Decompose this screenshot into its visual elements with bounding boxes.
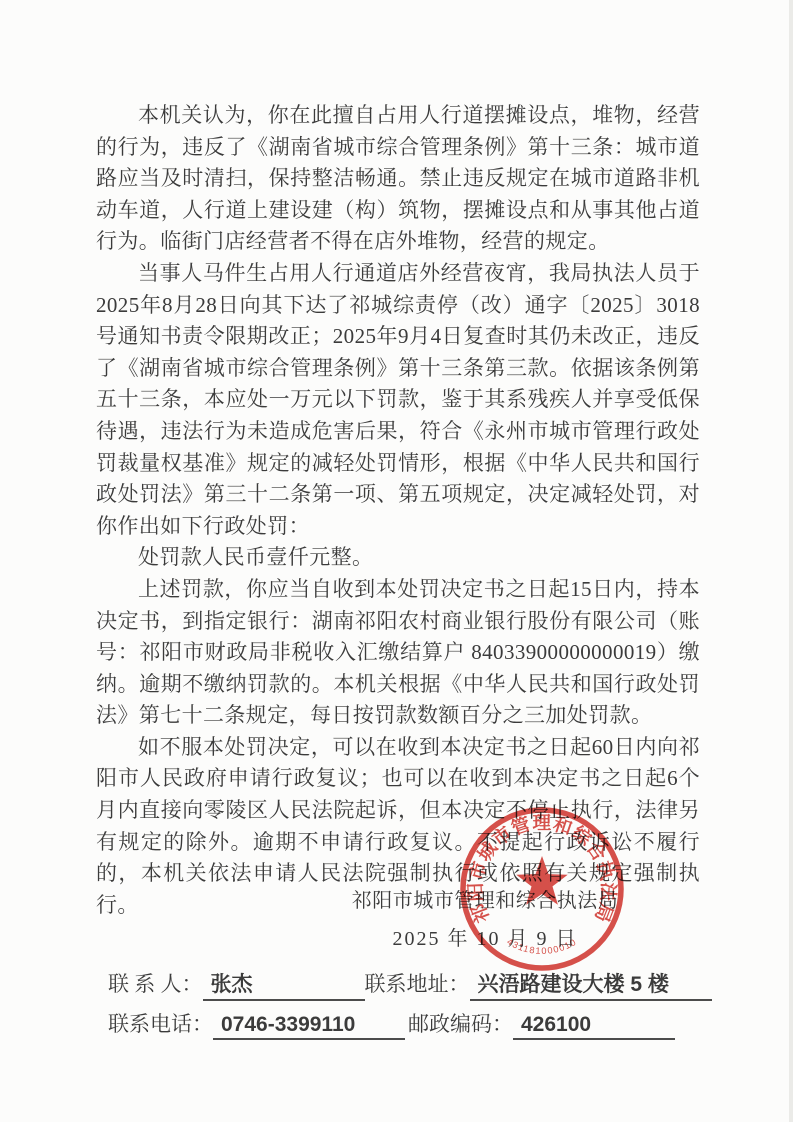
contact-phone-field: 联系电话： 0746-3399110 <box>108 1008 408 1040</box>
scanned-document-page: 本机关认为，你在此擅自占用人行道摆摊设点，堆物，经营的行为，违反了《湖南省城市综… <box>0 0 793 1122</box>
contact-row-2: 联系电话： 0746-3399110 邮政编码： 426100 <box>108 1008 708 1040</box>
paragraph-penalty-amount: 处罚款人民币壹仟元整。 <box>96 542 700 574</box>
contact-address-value: 兴浯路建设大楼 5 楼 <box>470 968 712 1001</box>
signature-block: 祁阳市城市管理和综合执法局 2025 年 10 月 9 日 <box>350 884 620 951</box>
document-body: 本机关认为，你在此擅自占用人行道摆摊设点，堆物，经营的行为，违反了《湖南省城市综… <box>96 100 700 921</box>
contact-address-field: 联系地址： 兴浯路建设大楼 5 楼 <box>365 968 712 1001</box>
paragraph-legal-basis: 本机关认为，你在此擅自占用人行道摆摊设点，堆物，经营的行为，违反了《湖南省城市综… <box>96 100 700 258</box>
contact-person-value: 张杰 <box>203 968 365 1001</box>
contact-person-field: 联 系 人： 张杰 <box>108 968 365 1001</box>
issuing-agency-name: 祁阳市城市管理和综合执法局 <box>350 884 620 913</box>
scan-page-edge <box>789 0 793 1122</box>
contact-postcode-field: 邮政编码： 426100 <box>408 1008 675 1040</box>
contact-address-label: 联系地址： <box>365 968 470 998</box>
contact-postcode-label: 邮政编码： <box>408 1008 513 1038</box>
issue-date: 2025 年 10 月 9 日 <box>350 922 620 951</box>
paragraph-facts-and-decision: 当事人马件生占用人行通道店外经营夜宵，我局执法人员于2025年8月28日向其下达… <box>96 258 700 542</box>
contact-phone-label: 联系电话： <box>108 1008 213 1038</box>
contact-person-label: 联 系 人： <box>108 968 203 998</box>
paragraph-payment-instructions: 上述罚款，你应当自收到本处罚决定书之日起15日内，持本决定书，到指定银行：湖南祁… <box>96 574 700 732</box>
contact-phone-value: 0746-3399110 <box>213 1013 405 1040</box>
contact-row-1: 联 系 人： 张杰 联系地址： 兴浯路建设大楼 5 楼 <box>108 968 708 1001</box>
contact-info-block: 联 系 人： 张杰 联系地址： 兴浯路建设大楼 5 楼 联系电话： 0746-3… <box>108 968 708 1047</box>
contact-postcode-value: 426100 <box>513 1013 675 1040</box>
